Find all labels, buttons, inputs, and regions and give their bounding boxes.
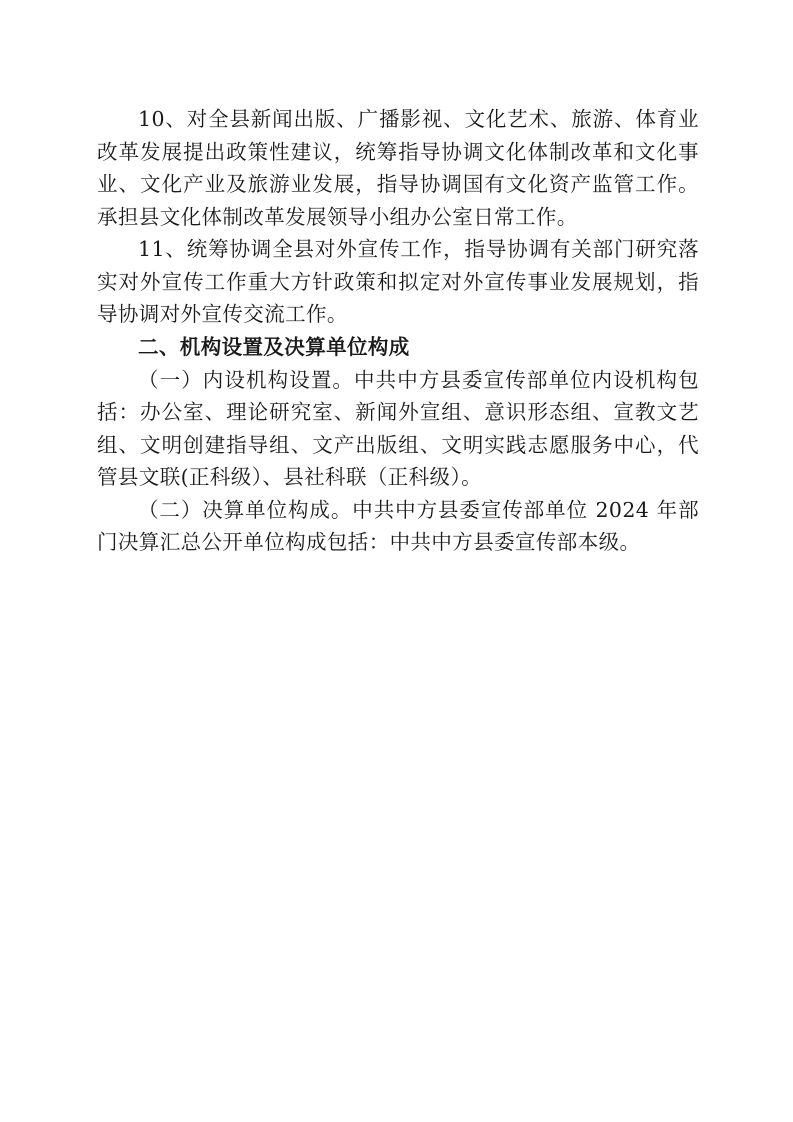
paragraph-item-10: 10、对全县新闻出版、广播影视、文化艺术、旅游、体育业改革发展提出政策性建议，统… (97, 103, 699, 233)
paragraph-internal-structure: （一）内设机构设置。中共中方县委宣传部单位内设机构包括：办公室、理论研究室、新闻… (97, 364, 699, 494)
paragraph-item-11: 11、统筹协调全县对外宣传工作，指导协调有关部门研究落实对外宣传工作重大方针政策… (97, 233, 699, 331)
section-heading-2: 二、机构设置及决算单位构成 (97, 331, 699, 364)
paragraph-budget-units: （二）决算单位构成。中共中方县委宣传部单位 2024 年部门决算汇总公开单位构成… (97, 494, 699, 559)
document-page: 10、对全县新闻出版、广播影视、文化艺术、旅游、体育业改革发展提出政策性建议，统… (97, 103, 699, 559)
